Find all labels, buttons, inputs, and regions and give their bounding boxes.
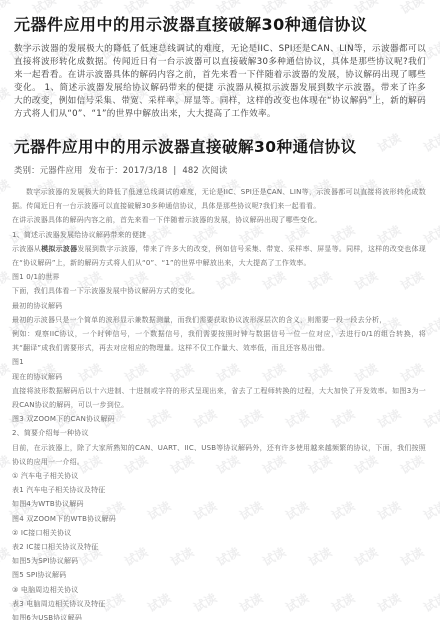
article-paragraph: 最初的协议解码 [12, 299, 426, 313]
article-paragraph: 在讲示波器具体的解码内容之前，首先来看一下伴随着示波器的发展，协议解码出现了哪些… [12, 213, 426, 227]
meta-separator: | [173, 165, 176, 175]
article-paragraph: ③ 电脑周边相关协议 [12, 583, 426, 597]
article-paragraph: 图5 SPI协议解码 [12, 568, 426, 582]
article-paragraph: 如图4为WTB协议解码 [12, 497, 426, 511]
article-paragraph: 2、简要介绍每一种协议 [12, 426, 426, 440]
article-paragraph: 例如：观察IIC协议，一个时钟信号，一个数据信号，我们需要按照时钟与数据信号一位… [12, 327, 426, 355]
meta-views: 482 次阅读 [182, 165, 227, 175]
article-paragraph: 最初的示波器只是一个简单的波形显示兼数据测量，而我们需要获取协议波形深层次的含义… [12, 313, 426, 327]
article-meta: 类别：元器件应用 发布于：2017/3/18 | 482 次阅读 [14, 164, 426, 176]
article-paragraph: ② IC接口相关协议 [12, 526, 426, 540]
article-title: 元器件应用中的用示波器直接破解30种通信协议 [14, 135, 426, 157]
meta-category[interactable]: 类别：元器件应用 [14, 165, 83, 175]
article-body: 数字示波器的发展极大的降低了低速总线调试的难度，无论是IIC、SPI还是CAN、… [12, 185, 426, 620]
document-page: 元器件应用中的用示波器直接破解30种通信协议 数字示波器的发展极大的降低了低速总… [0, 0, 440, 620]
article-paragraph: 表1 汽车电子相关协议及特征 [12, 483, 426, 497]
article-paragraph: 图1 [12, 355, 426, 369]
preview-title: 元器件应用中的用示波器直接破解30种通信协议 [14, 12, 426, 35]
article-paragraph: 如图6为USB协议解码 [12, 611, 426, 620]
article-paragraph: 图1 0/1的世界 [12, 270, 426, 284]
article-paragraph: 现在的协议解码 [12, 370, 426, 384]
article-paragraph: 如图5为SPI协议解码 [12, 554, 426, 568]
article-paragraph: 表3 电脑周边相关协议及特征 [12, 597, 426, 611]
article-paragraph: 示波器从模拟示波器发展到数字示波器，带来了许多大的改变，例如信号采集、带宽、采样… [12, 242, 426, 270]
article-paragraph: 1、简述示波器发展给协议解码带来的便捷 [12, 228, 426, 242]
article-paragraph: 下面，我们具体看一下示波器发展中协议解码方式的变化。 [12, 284, 426, 298]
meta-published: 发布于：2017/3/18 [88, 165, 167, 175]
preview-body: 数字示波器的发展极大的降低了低速总线调试的难度，无论是IIC、SPI还是CAN、… [14, 43, 426, 121]
article-paragraph: 图3 双ZOOM下的CAN协议解码 [12, 412, 426, 426]
article-paragraph: 图4 双ZOOM下的WTB协议解码 [12, 512, 426, 526]
article-section: 元器件应用中的用示波器直接破解30种通信协议 类别：元器件应用 发布于：2017… [0, 121, 440, 620]
article-paragraph: 直接将波形数据解码后以十六进制、十进制或字符的形式呈现出来，省去了工程师转换的过… [12, 384, 426, 412]
article-paragraph: 数字示波器的发展极大的降低了低速总线调试的难度，无论是IIC、SPI还是CAN、… [12, 185, 426, 213]
article-paragraph: ① 汽车电子相关协议 [12, 469, 426, 483]
article-paragraph: 表2 IC接口相关协议及特征 [12, 540, 426, 554]
article-paragraph: 目前，在示波器上，除了大家所熟知的CAN、UART、IIC、USB等协议解码外，… [12, 441, 426, 469]
preview-section: 元器件应用中的用示波器直接破解30种通信协议 数字示波器的发展极大的降低了低速总… [0, 0, 440, 121]
